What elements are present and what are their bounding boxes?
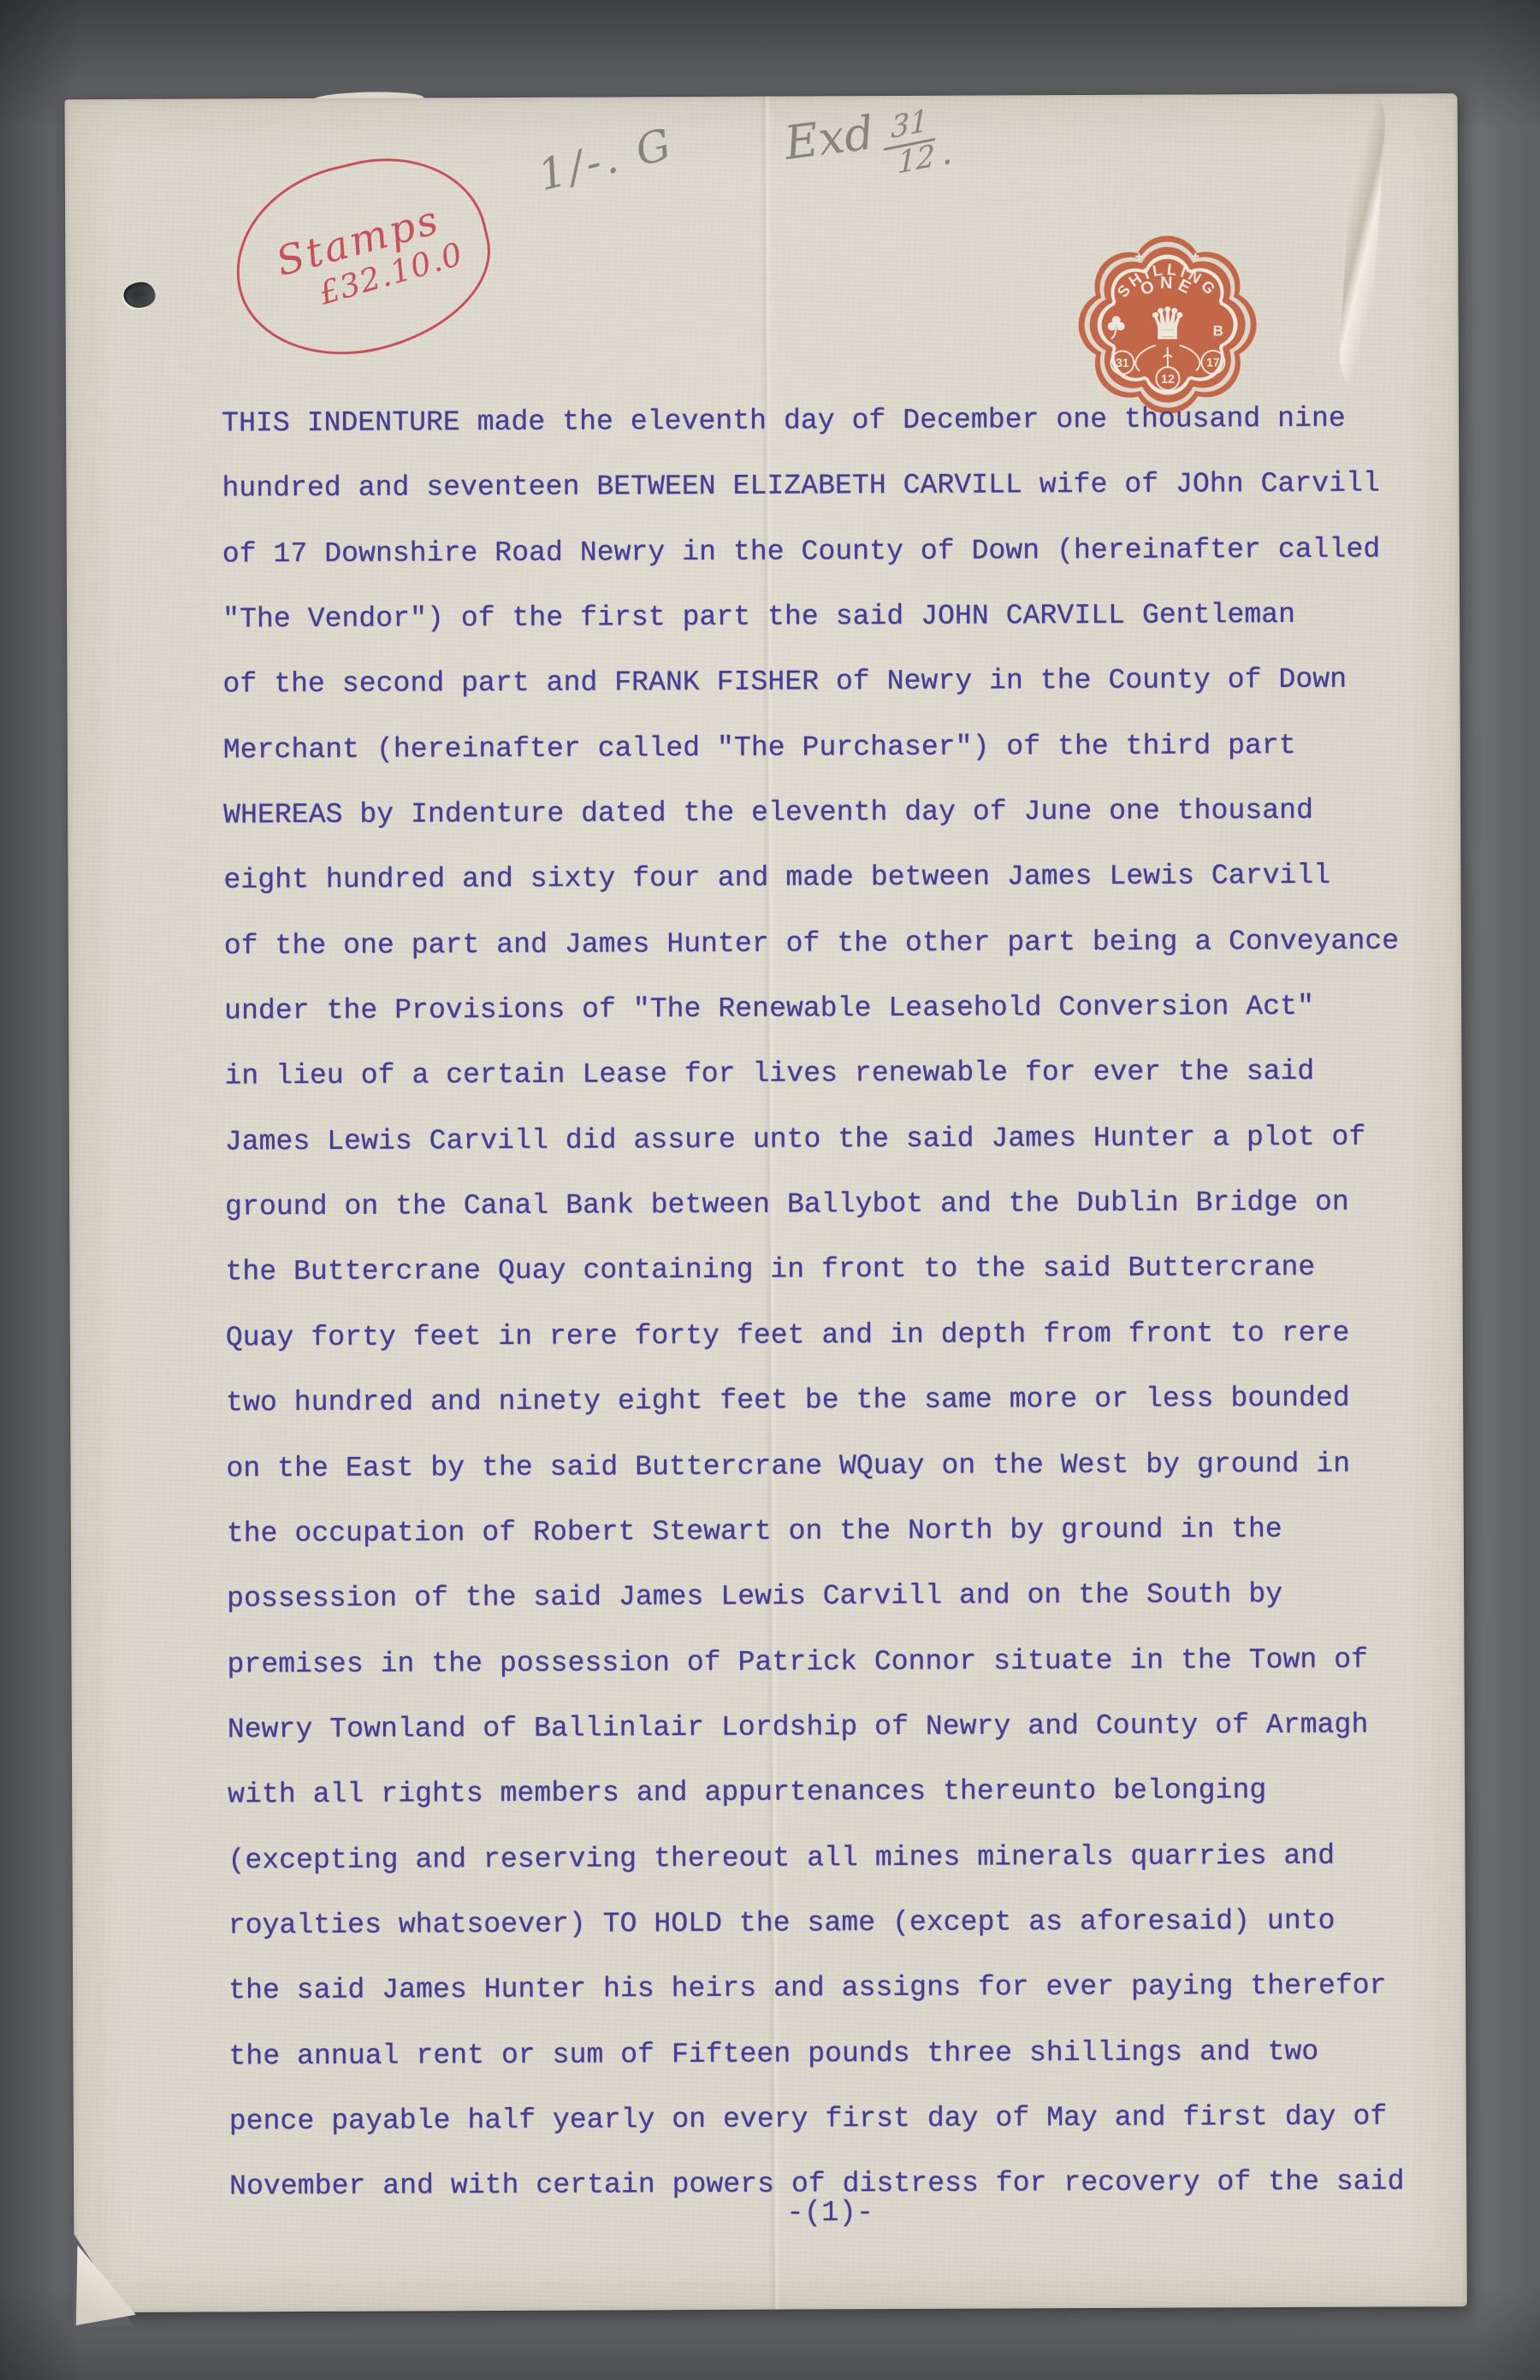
- typed-line: the Buttercrane Quay containing in front…: [225, 1235, 1426, 1305]
- stamp-date-day: 31: [1116, 356, 1129, 370]
- paper-crease: [1337, 90, 1387, 387]
- pencil-note-left: 1/-. G: [533, 118, 679, 200]
- typed-line: Quay forty feet in rere forty feet and i…: [226, 1300, 1427, 1371]
- typed-line: royalties whatsoever) TO HOLD the same (…: [228, 1888, 1430, 1958]
- pencil-exd-word: Exd: [781, 105, 877, 170]
- typed-line: THIS INDENTURE made the eleventh day of …: [222, 386, 1423, 456]
- punch-hole: [123, 282, 155, 308]
- typed-line: ground on the Canal Bank between Ballybo…: [225, 1169, 1426, 1240]
- typed-line: on the East by the said Buttercrane WQua…: [226, 1431, 1427, 1501]
- document-paper: Stamps £32.10.0 1/-. G Exd 31 12 .: [64, 93, 1466, 2312]
- typed-line: of the one part and James Hunter of the …: [224, 909, 1425, 979]
- typed-line: with all rights members and appurtenance…: [228, 1757, 1429, 1827]
- typed-line: premises in the possession of Patrick Co…: [227, 1627, 1428, 1697]
- typed-line: under the Provisions of "The Renewable L…: [224, 974, 1425, 1044]
- scan-background: Stamps £32.10.0 1/-. G Exd 31 12 .: [0, 0, 1540, 2380]
- typed-line: eight hundred and sixty four and made be…: [223, 844, 1424, 914]
- typed-line: the said James Hunter his heirs and assi…: [228, 1954, 1430, 2024]
- typed-line: Merchant (hereinafter called "The Purcha…: [223, 713, 1424, 783]
- pencil-fraction-denominator: 12: [897, 140, 935, 181]
- stamp-date-year: 17: [1206, 355, 1220, 369]
- typed-line: Newry Townland of Ballinlair Lordship of…: [228, 1692, 1429, 1762]
- typed-line: pence payable half yearly on every first…: [229, 2084, 1430, 2154]
- typed-line: the occupation of Robert Stewart on the …: [227, 1496, 1428, 1566]
- typed-line: James Lewis Carvill did assure unto the …: [225, 1104, 1426, 1175]
- stamp-letter-b: B: [1213, 323, 1223, 339]
- pencil-note-right: Exd 31 12 .: [781, 96, 953, 184]
- typed-line: the annual rent or sum of Fifteen pounds…: [228, 2019, 1430, 2089]
- typed-line: (excepting and reserving thereout all mi…: [228, 1823, 1429, 1893]
- typed-line: of the second part and FRANK FISHER of N…: [222, 648, 1424, 718]
- typed-line: "The Vendor") of the first part the said…: [222, 582, 1424, 652]
- typed-line: WHEREAS by Indenture dated the eleventh …: [223, 778, 1424, 848]
- typed-line: possession of the said James Lewis Carvi…: [227, 1561, 1428, 1631]
- typed-text-block: THIS INDENTURE made the eleventh day of …: [222, 386, 1430, 2220]
- stamp-duty-annotation: Stamps £32.10.0: [216, 136, 507, 377]
- page-number: -(1)-: [229, 2194, 1430, 2232]
- pencil-date-fraction: 31 12: [881, 104, 945, 181]
- stamp-date-month: 12: [1161, 372, 1175, 386]
- typed-line: hundred and seventeen BETWEEN ELIZABETH …: [222, 452, 1423, 522]
- folded-corner-flap: [75, 2245, 135, 2325]
- torn-top-edge: [312, 91, 423, 107]
- crown-icon: ♛: [1148, 299, 1187, 347]
- typed-line: of 17 Downshire Road Newry in the County…: [222, 517, 1424, 587]
- typed-line: two hundred and ninety eight feet be the…: [226, 1365, 1427, 1436]
- typed-line: in lieu of a certain Lease for lives ren…: [224, 1039, 1425, 1110]
